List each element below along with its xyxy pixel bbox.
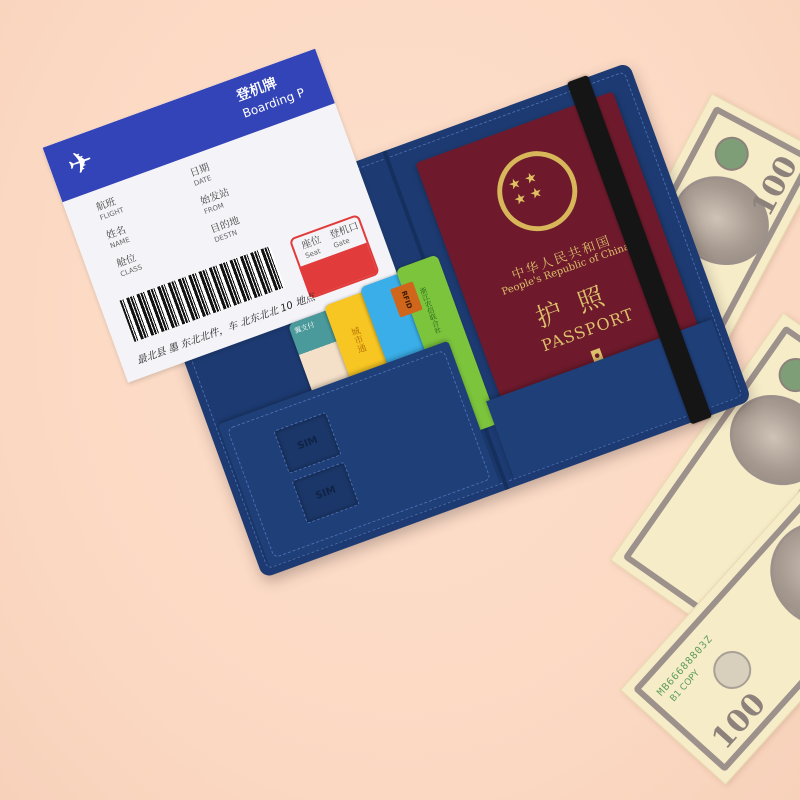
sim-label: SIM <box>314 484 337 501</box>
rfid-label: RFID <box>399 289 413 309</box>
product-photo: 100 100 MB66688803Z B1 COPY 100 ✈ 登机牌 Bo… <box>0 0 800 800</box>
card-label: 城市通 <box>347 325 368 355</box>
field-from: 始发站FROM <box>199 187 235 218</box>
card-label: 翼支付 <box>293 320 316 337</box>
field-date: 日期DATE <box>189 162 215 190</box>
sim-label: SIM <box>296 434 319 451</box>
field-flight: 航班FLIGHT <box>95 195 126 224</box>
field-name: 姓名NAME <box>105 224 132 252</box>
field-class: 舱位CLASS <box>115 252 144 280</box>
field-destination: 目的地DESTN <box>209 215 245 246</box>
card-label: 浙江农信联合社 <box>418 286 444 335</box>
